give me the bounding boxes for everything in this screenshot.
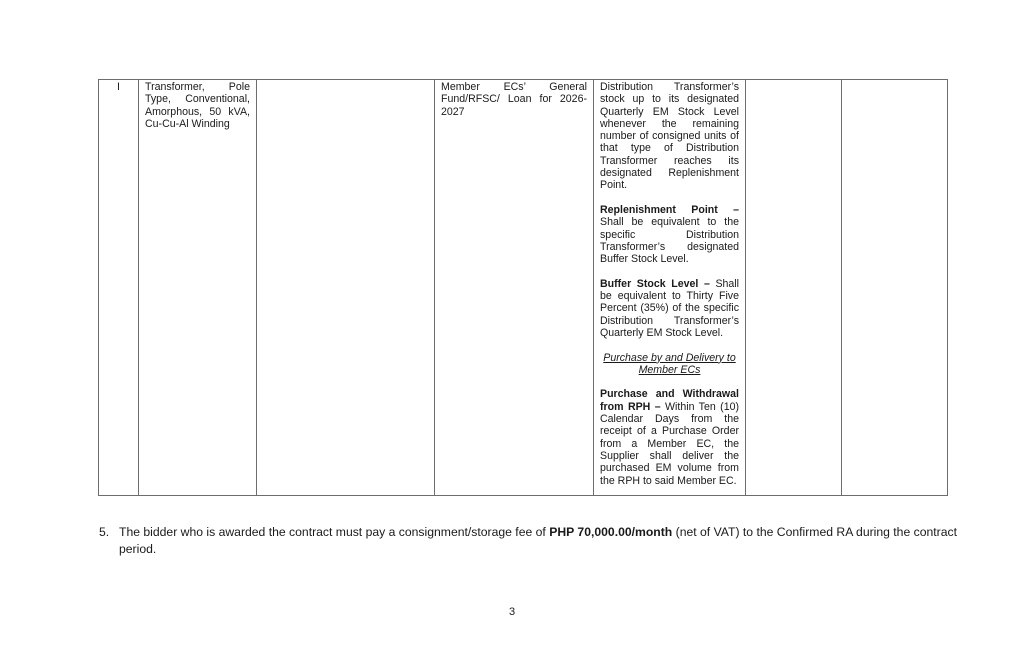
replenishment-point-paragraph: Replenishment Point – Shall be equivalen… [600,204,739,265]
item-number-cell: I [99,80,139,496]
buffer-stock-paragraph: Buffer Stock Level – Shall be equivalent… [600,278,739,339]
terms-cell: Distribution Transformer’s stock up to i… [594,80,746,496]
list-item-text: The bidder who is awarded the contract m… [119,524,959,557]
purchase-withdrawal-text: Within Ten (10) Calendar Days from the r… [600,401,739,487]
list-item-5: 5. The bidder who is awarded the contrac… [99,524,959,557]
description-cell: Transformer, Pole Type, Conventional, Am… [139,80,257,496]
empty-cell [842,80,948,496]
empty-cell [746,80,842,496]
fee-text-before: The bidder who is awarded the contract m… [119,525,549,539]
specifications-table: I Transformer, Pole Type, Conventional, … [98,79,948,496]
funding-source-cell: Member ECs’ General Fund/RFSC/ Loan for … [435,80,594,496]
purchase-withdrawal-paragraph: Purchase and Withdrawal from RPH – Withi… [600,388,739,486]
replenishment-point-title: Replenishment Point – [600,204,739,216]
fee-amount: PHP 70,000.00/month [549,525,672,539]
empty-cell [257,80,435,496]
replenishment-point-text: Shall be equivalent to the specific Dist… [600,216,739,265]
terms-intro: Distribution Transformer’s stock up to i… [600,81,739,192]
list-number: 5. [99,524,109,541]
buffer-stock-title: Buffer Stock Level – [600,278,710,290]
purchase-delivery-heading: Purchase by and Delivery to Member ECs [600,352,739,377]
table-row: I Transformer, Pole Type, Conventional, … [99,80,948,496]
page-number: 3 [0,606,1024,618]
